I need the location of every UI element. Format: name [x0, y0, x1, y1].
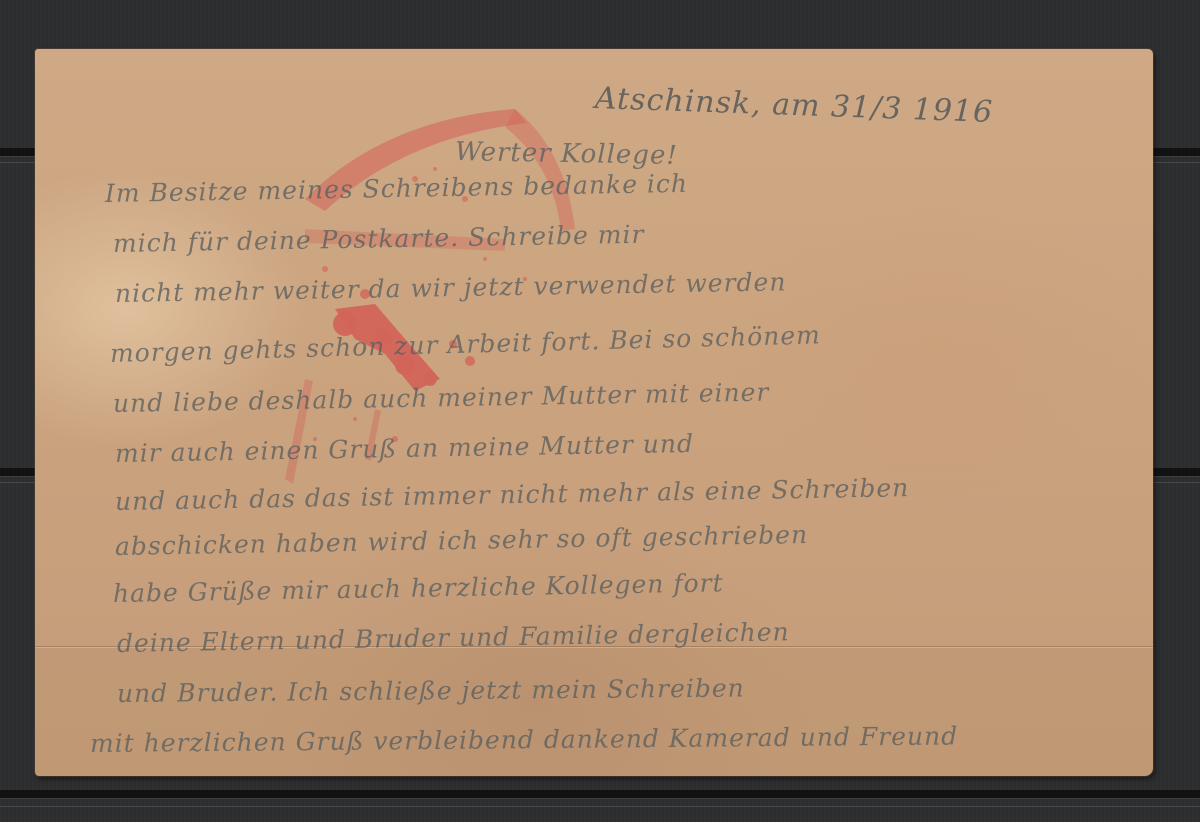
body-line: Im Besitze meines Schreibens bedanke ich — [105, 169, 689, 208]
mount-strip-edge — [0, 806, 1200, 807]
mount-strip — [0, 790, 1200, 798]
body-line: abschicken haben wird ich sehr so oft ge… — [115, 520, 809, 561]
body-line: mir auch einen Gruß an meine Mutter und — [115, 429, 694, 468]
body-line: mit herzlichen Gruß verbleibend dankend … — [90, 721, 958, 758]
body-line: nicht mehr weiter da wir jetzt verwendet… — [115, 267, 787, 308]
body-line: und Bruder. Ich schließe jetzt mein Schr… — [117, 674, 745, 708]
stock-book-page: Atschinsk, am 31/3 1916 Werter Kollege! … — [0, 0, 1200, 822]
salutation: Werter Kollege! — [455, 137, 678, 171]
body-line: und liebe deshalb auch meiner Mutter mit… — [113, 378, 770, 418]
postcard: Atschinsk, am 31/3 1916 Werter Kollege! … — [35, 49, 1153, 776]
place-date-line: Atschinsk, am 31/3 1916 — [594, 81, 993, 130]
body-line: morgen gehts schon zur Arbeit fort. Bei … — [110, 320, 822, 368]
body-line: habe Grüße mir auch herzliche Kollegen f… — [113, 568, 724, 608]
body-line: und auch das das ist immer nicht mehr al… — [115, 473, 910, 516]
handwritten-text: Atschinsk, am 31/3 1916 Werter Kollege! … — [35, 49, 1153, 776]
body-line: mich für deine Postkarte. Schreibe mir — [113, 220, 645, 258]
body-line: deine Eltern und Bruder und Familie derg… — [117, 617, 790, 658]
